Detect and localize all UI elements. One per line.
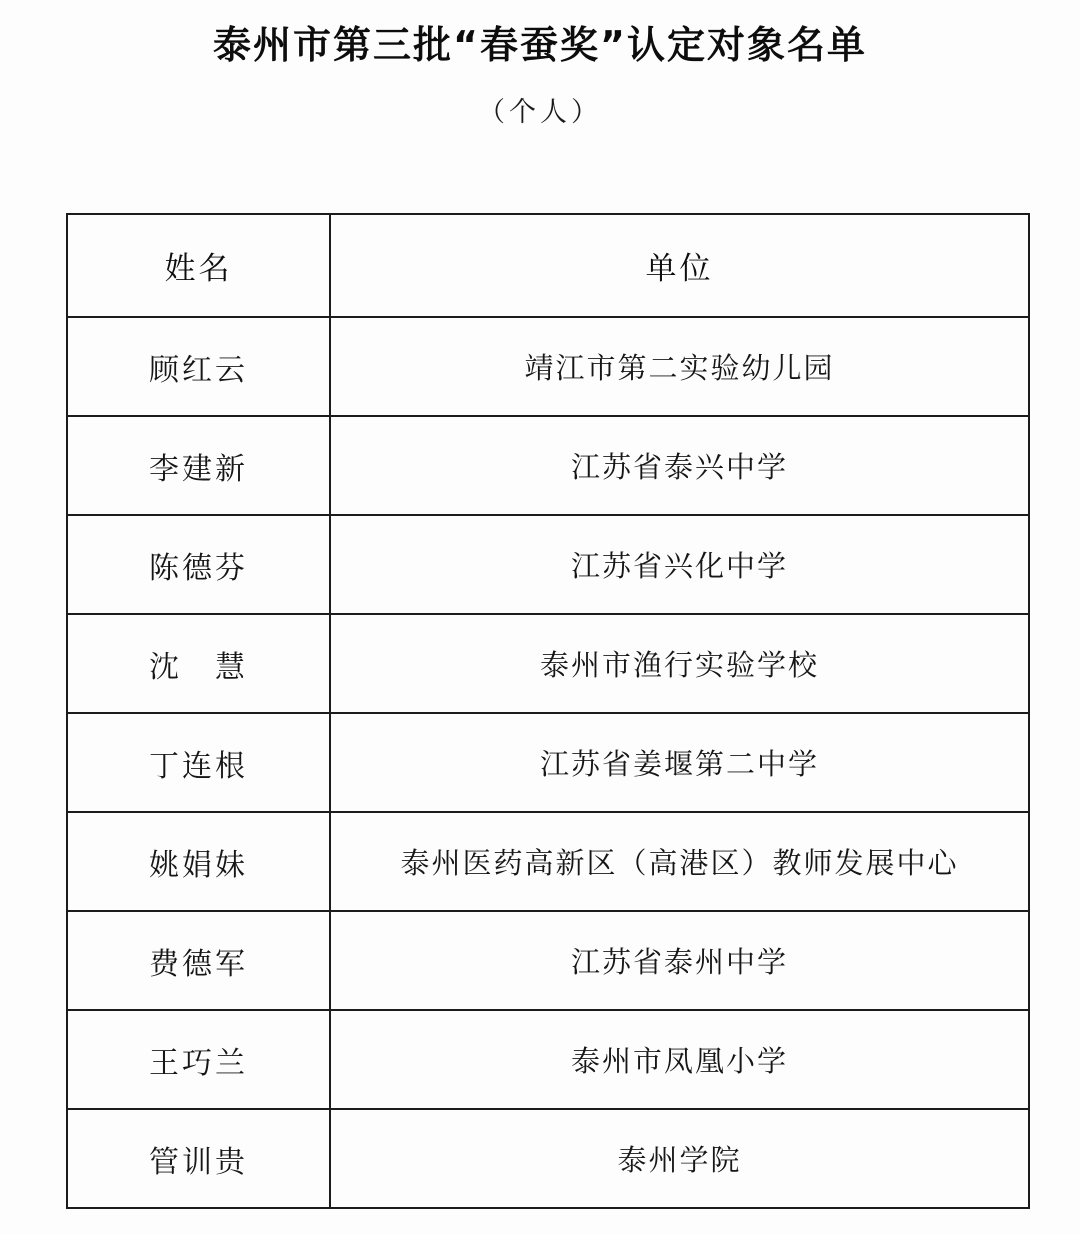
recipient-name: 费德军 xyxy=(67,911,330,1010)
table-row: 王巧兰泰州市凤凰小学 xyxy=(67,1010,1029,1109)
table-row: 陈德芬江苏省兴化中学 xyxy=(67,515,1029,614)
table-row: 姚娟妹泰州医药高新区（高港区）教师发展中心 xyxy=(67,812,1029,911)
scanned-document-page: 泰州市第三批“春蚕奖”认定对象名单 （个人） 姓名 单位 顾红云靖江市第二实验幼… xyxy=(0,0,1080,1234)
table-row: 李建新江苏省泰兴中学 xyxy=(67,416,1029,515)
document-title: 泰州市第三批“春蚕奖”认定对象名单 xyxy=(0,14,1080,69)
table-row: 丁连根江苏省姜堰第二中学 xyxy=(67,713,1029,812)
recipient-unit: 江苏省兴化中学 xyxy=(330,515,1029,614)
recipient-unit: 江苏省姜堰第二中学 xyxy=(330,713,1029,812)
award-recipient-table: 姓名 单位 顾红云靖江市第二实验幼儿园李建新江苏省泰兴中学陈德芬江苏省兴化中学沈… xyxy=(66,213,1030,1209)
recipient-unit: 江苏省泰州中学 xyxy=(330,911,1029,1010)
recipient-unit: 泰州市凤凰小学 xyxy=(330,1010,1029,1109)
recipient-unit: 泰州市渔行实验学校 xyxy=(330,614,1029,713)
recipient-name: 管训贵 xyxy=(67,1109,330,1208)
table-header: 姓名 单位 xyxy=(67,214,1029,317)
table-row: 沈 慧泰州市渔行实验学校 xyxy=(67,614,1029,713)
recipient-name: 李建新 xyxy=(67,416,330,515)
recipient-name: 沈 慧 xyxy=(67,614,330,713)
table-header-row: 姓名 单位 xyxy=(67,214,1029,317)
recipient-unit: 泰州学院 xyxy=(330,1109,1029,1208)
table-body: 顾红云靖江市第二实验幼儿园李建新江苏省泰兴中学陈德芬江苏省兴化中学沈 慧泰州市渔… xyxy=(67,317,1029,1208)
recipient-name: 顾红云 xyxy=(67,317,330,416)
table-row: 费德军江苏省泰州中学 xyxy=(67,911,1029,1010)
recipient-unit: 江苏省泰兴中学 xyxy=(330,416,1029,515)
recipient-unit: 靖江市第二实验幼儿园 xyxy=(330,317,1029,416)
document-subtitle: （个人） xyxy=(0,90,1080,129)
column-header-unit: 单位 xyxy=(330,214,1029,317)
table-row: 管训贵泰州学院 xyxy=(67,1109,1029,1208)
table-row: 顾红云靖江市第二实验幼儿园 xyxy=(67,317,1029,416)
recipient-name: 姚娟妹 xyxy=(67,812,330,911)
recipient-unit: 泰州医药高新区（高港区）教师发展中心 xyxy=(330,812,1029,911)
recipient-name: 丁连根 xyxy=(67,713,330,812)
recipient-name: 陈德芬 xyxy=(67,515,330,614)
recipient-name: 王巧兰 xyxy=(67,1010,330,1109)
column-header-name: 姓名 xyxy=(67,214,330,317)
